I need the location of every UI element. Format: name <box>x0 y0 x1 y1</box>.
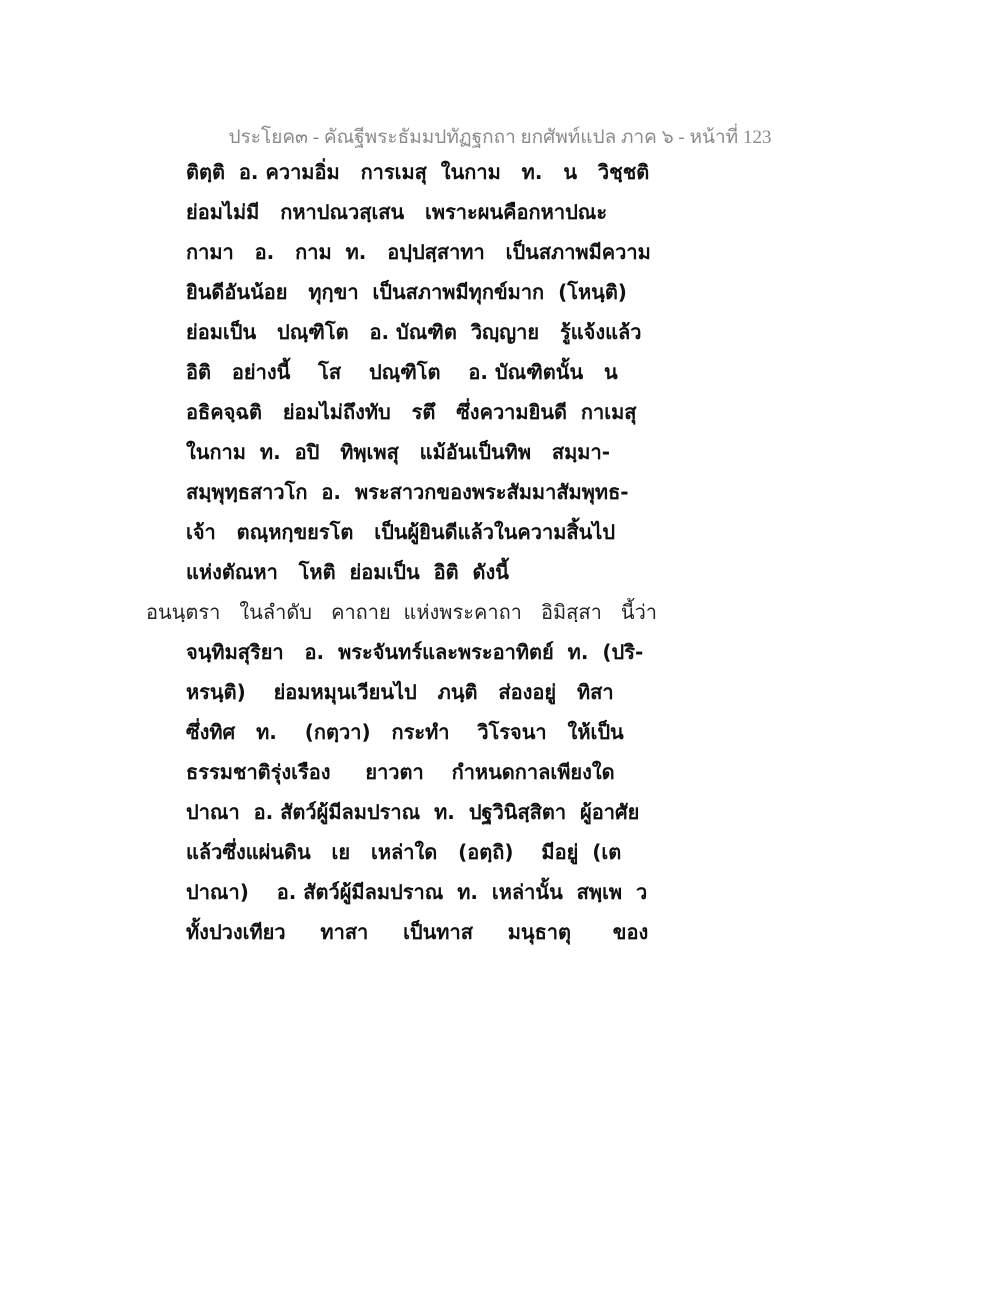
text-line: ยินดีอันน้อย ทุกฺขา เป็นสภาพมีทุกข์มาก (… <box>186 272 627 312</box>
text-line: ในกาม ท. อปิ ทิพฺเพสุ แม้อันเป็นทิพ สมฺม… <box>186 432 610 472</box>
text-line: จนฺทิมสุริยา อ. พระจันทร์และพระอาทิตย์ ท… <box>186 632 643 672</box>
text-line: ปาณา) อ. สัตว์ผู้มีลมปราณ ท. เหล่านั้น ส… <box>186 872 647 912</box>
text-line: อธิคจฺฉติ ย่อมไม่ถึงทับ รตึ ซึ่งความยินด… <box>186 392 636 432</box>
text-line: กามา อ. กาม ท. อปฺปสฺสาทา เป็นสภาพมีความ <box>186 232 651 272</box>
text-line: ธรรมชาติรุ่งเรือง ยาวตา กำหนดกาลเพียงใด <box>186 752 615 792</box>
text-line: อิติ อย่างนี้ โส ปณฺฑิโต อ. บัณฑิตนั้น น <box>186 352 618 392</box>
text-line: แล้วซึ่งแผ่นดิน เย เหล่าใด (อตฺถิ) มีอยู… <box>186 832 621 872</box>
text-line-unindented: อนนฺตรา ในลำดับ คาถาย แห่งพระคาถา อิมิสฺ… <box>146 592 657 632</box>
text-line: ย่อมเป็น ปณฺฑิโต อ. บัณฑิต วิญฺญาย รู้แจ… <box>186 312 641 352</box>
text-line: ทั้งปวงเทียว ทาสา เป็นทาส มนุธาตุ ของ <box>186 912 648 952</box>
text-line: ย่อมไม่มี กหาปณวสฺเสน เพราะผนคือกหาปณะ <box>186 192 607 232</box>
text-line: ติตฺติ อ. ความอิ่ม การเมสุ ในกาม ท. น วิ… <box>186 152 649 192</box>
text-line: แห่งตัณหา โหติ ย่อมเป็น อิติ ดังนี้ <box>186 552 509 592</box>
text-line: สมฺพุทฺธสาวโก อ. พระสาวกของพระสัมมาสัมพุ… <box>186 472 629 512</box>
text-line: ซึ่งทิศ ท. (กตฺวา) กระทำ วิโรจนา ให้เป็น <box>186 712 624 752</box>
text-line: หรนฺติ) ย่อมหมุนเวียนไป ภนฺติ ส่องอยู่ ท… <box>186 672 614 712</box>
page-header-text: ประโยค๓ - คัณฐีพระธัมมปทัฏฐกถา ยกศัพท์แป… <box>229 122 772 152</box>
page-header: ประโยค๓ - คัณฐีพระธัมมปทัฏฐกถา ยกศัพท์แป… <box>0 122 1000 152</box>
text-line: ปาณา อ. สัตว์ผู้มีลมปราณ ท. ปฐวินิสฺสิตา… <box>186 792 639 832</box>
text-line: เจ้า ตณฺหกฺขยรโต เป็นผู้ยินดีแล้วในความส… <box>186 512 615 552</box>
